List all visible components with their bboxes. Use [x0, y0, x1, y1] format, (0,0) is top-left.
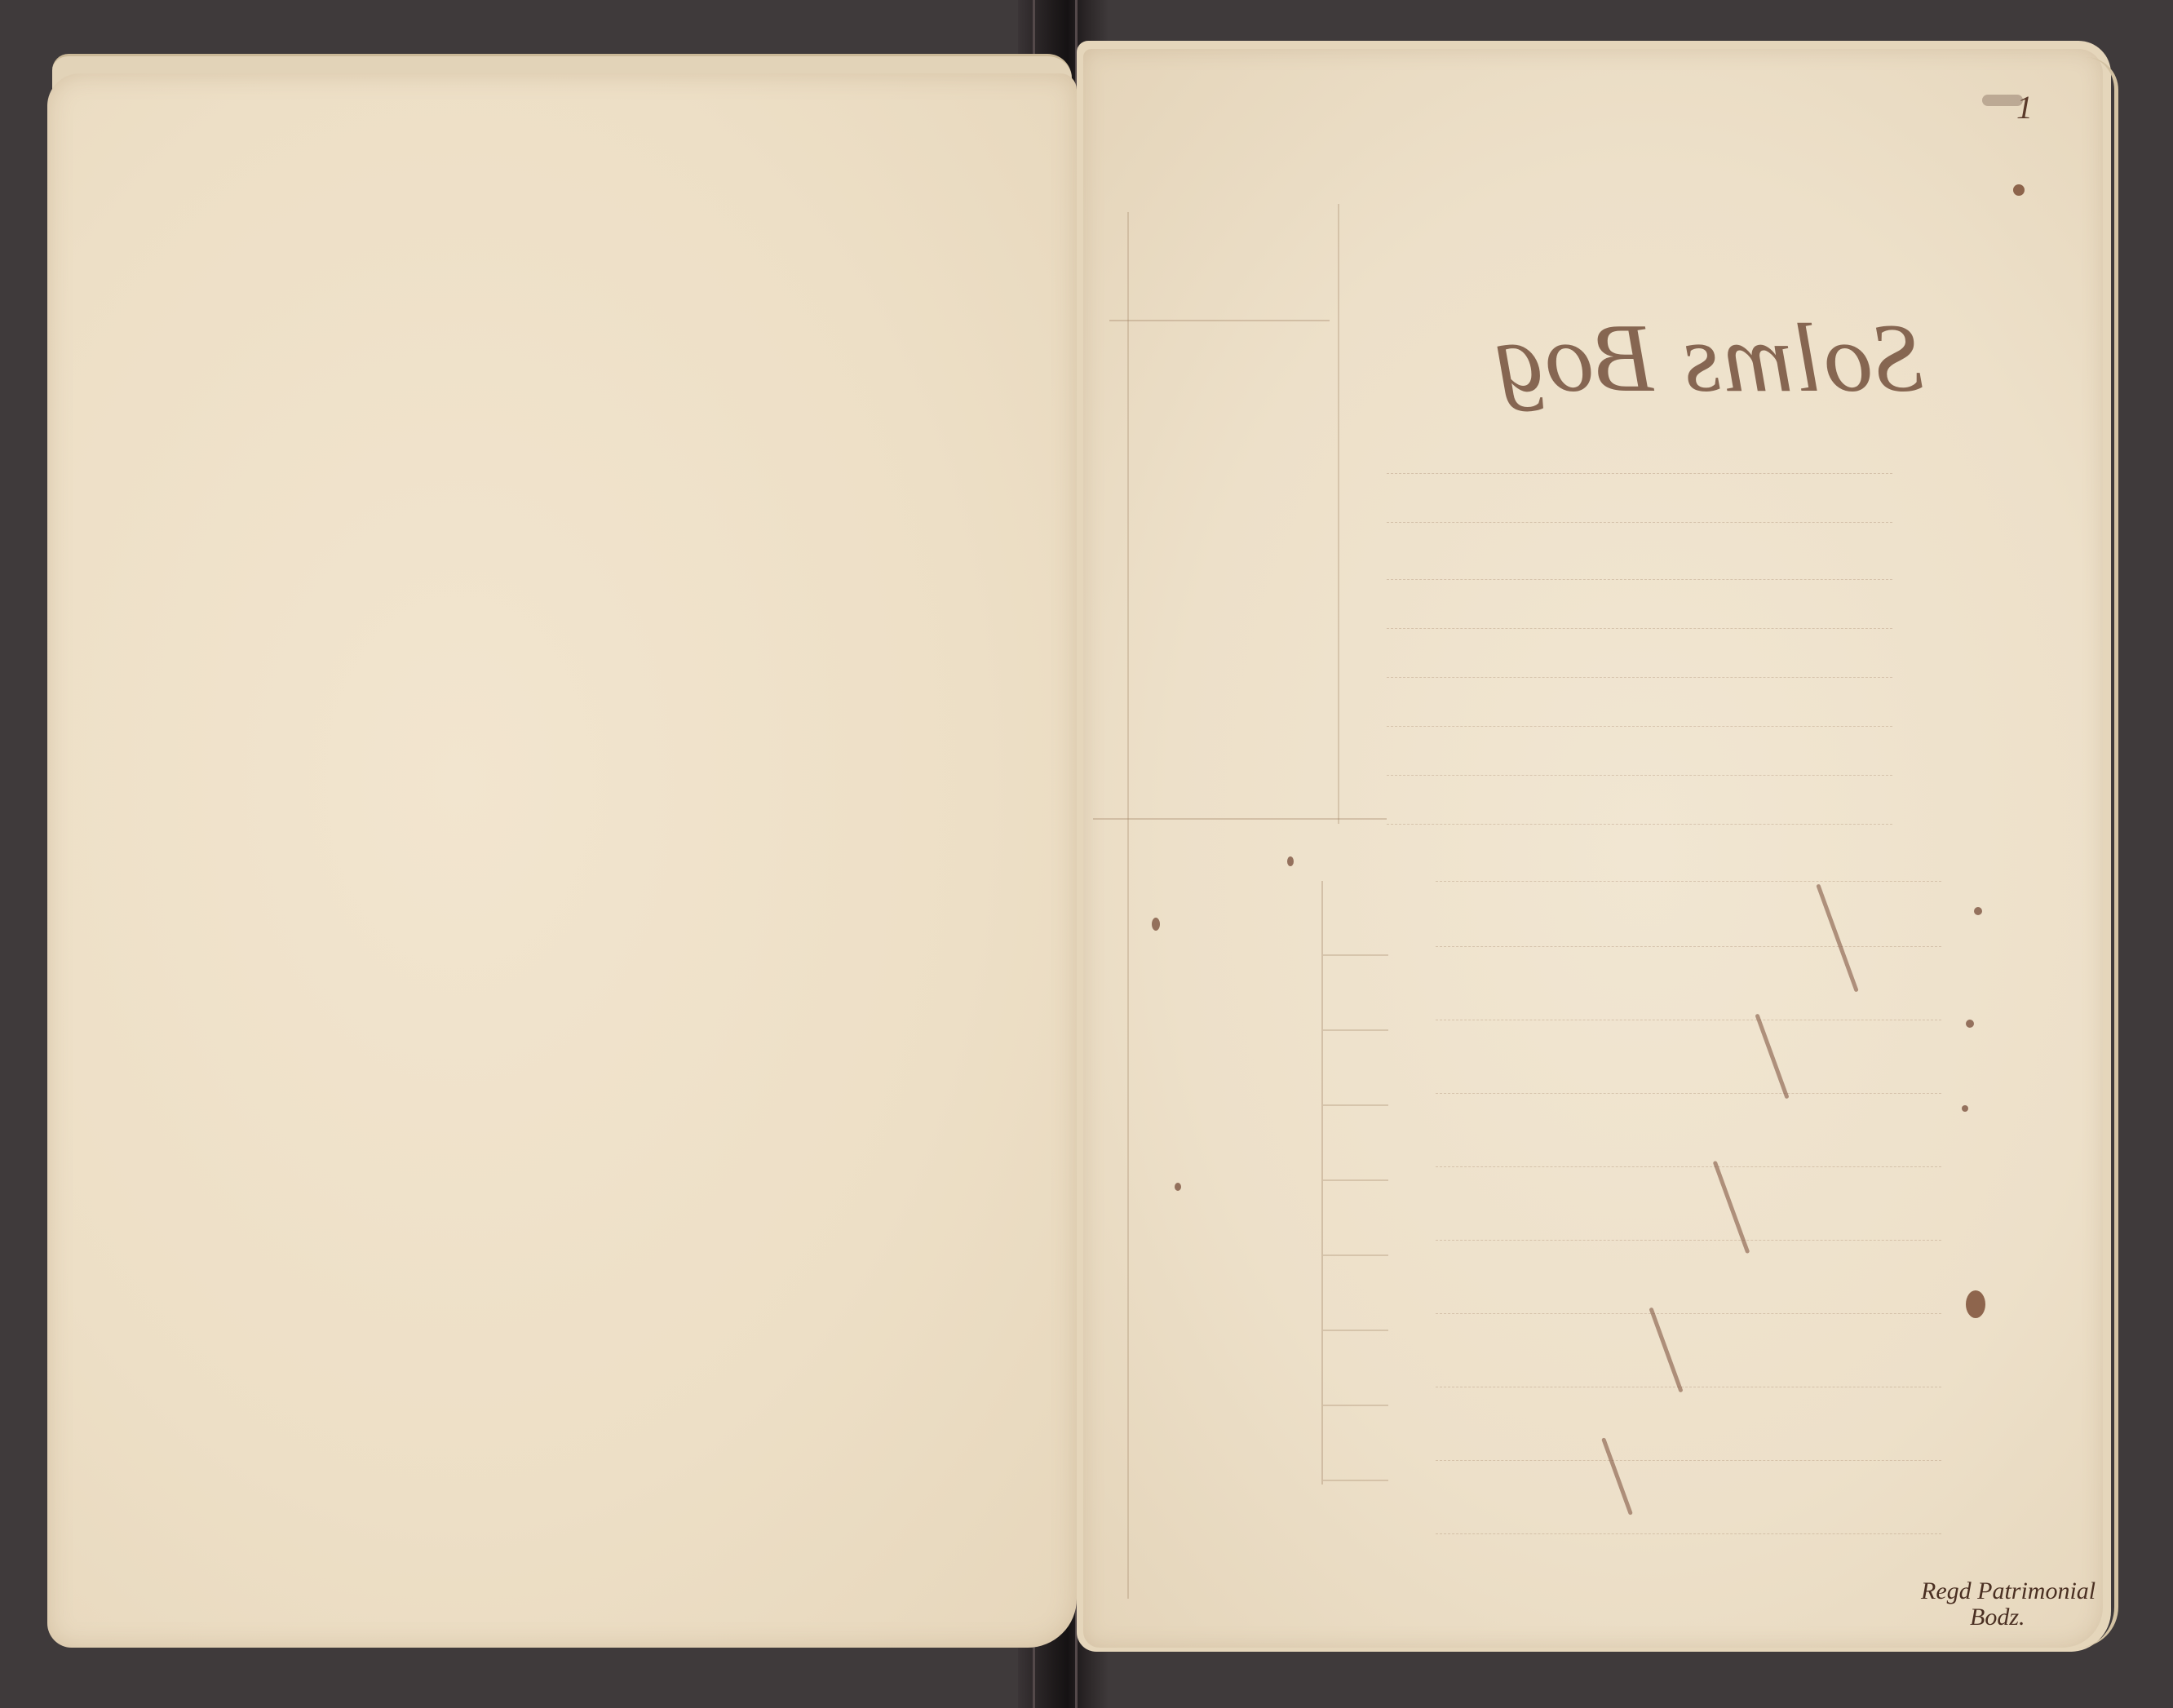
margin-rule — [1338, 204, 1339, 824]
ledger-row-bleed — [1387, 612, 1892, 629]
ink-stain — [2013, 184, 2025, 196]
ledger-row-bleed — [1436, 1517, 1941, 1534]
ruled-line — [1093, 818, 1387, 820]
ledger-row-bleed — [1387, 710, 1892, 727]
ledger-row-bleed — [1387, 457, 1892, 474]
margin-annotation: Regd Patrimonial Bodz. — [1921, 1578, 2096, 1631]
heading-bleed-through: Solms Bog — [1493, 302, 1923, 414]
ink-stain — [1966, 1290, 1985, 1318]
bleed-grid — [1321, 881, 1388, 1485]
page-number: 1 — [2016, 88, 2033, 126]
left-page-ghost-text — [349, 387, 423, 471]
ink-blot — [1175, 1183, 1181, 1191]
ledger-row-bleed — [1436, 1444, 1941, 1461]
ink-blot — [1966, 1020, 1974, 1028]
ink-blot — [1287, 856, 1294, 866]
right-page-edge — [1085, 57, 2118, 1648]
left-page — [47, 73, 1077, 1648]
ink-blot — [1974, 907, 1982, 915]
ledger-row-bleed — [1387, 808, 1892, 825]
ledger-row-bleed — [1387, 506, 1892, 523]
ink-blot — [1152, 918, 1160, 931]
ledger-row-bleed — [1387, 661, 1892, 678]
margin-rule — [1127, 212, 1129, 1599]
ledger-row-bleed — [1436, 1150, 1941, 1167]
ledger-row-bleed — [1436, 1297, 1941, 1314]
ledger-row-bleed — [1436, 1003, 1941, 1020]
ruled-line — [1109, 320, 1330, 321]
ledger-row-bleed — [1436, 1223, 1941, 1241]
ledger-row-bleed — [1436, 1370, 1941, 1387]
ink-blot — [1962, 1105, 1968, 1112]
annotation-line-2: Bodz. — [1970, 1604, 2096, 1631]
annotation-line-1: Regd Patrimonial — [1921, 1578, 2096, 1604]
ledger-row-bleed — [1436, 865, 1941, 882]
ledger-row-bleed — [1436, 1077, 1941, 1094]
ledger-row-bleed — [1387, 759, 1892, 776]
ledger-row-bleed — [1387, 563, 1892, 580]
ledger-row-bleed — [1436, 930, 1941, 947]
